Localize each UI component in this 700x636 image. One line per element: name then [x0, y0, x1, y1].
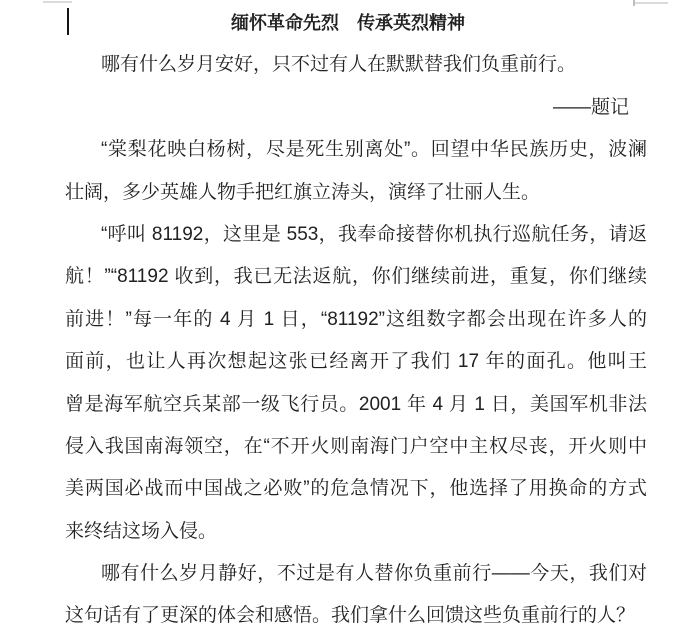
text-line: 侵入我国南海领空，在“不开火则南海门户空中主权尽丧，开火则中	[65, 426, 647, 468]
text-line: 壮阔，多少英雄人物手把红旗立涛头，演绎了壮丽人生。	[65, 172, 647, 214]
text-line: “棠梨花映白杨树，尽是死生别离处”。回望中华民族历史，波澜	[65, 129, 647, 171]
text-line: 面前，也让人再次想起这张已经离开了我们 17 年的面孔。他叫王伟，	[65, 341, 647, 383]
text-line: 航！”“81192 收到，我已无法返航，你们继续前进，重复，你们继续	[65, 256, 647, 298]
document-page: 缅怀革命先烈 传承英烈精神哪有什么岁月安好，只不过有人在默默替我们负重前行。——…	[0, 0, 700, 636]
text-line: 来终结这场入侵。	[65, 511, 647, 553]
text-line: 前进！”每一年的 4 月 1 日，“81192”这组数字都会出现在许多人的	[65, 299, 647, 341]
text-line: 美两国必战而中国战之必败”的危急情况下，他选择了用换命的方式	[65, 468, 647, 510]
text-line: 这句话有了更深的体会和感悟。我们拿什么回馈这些负重前行的人？	[65, 595, 647, 636]
document-edit-area[interactable]: 缅怀革命先烈 传承英烈精神哪有什么岁月安好，只不过有人在默默替我们负重前行。——…	[65, 2, 647, 636]
text-line: “呼叫 81192，这里是 553，我奉命接替你机执行巡航任务，请返	[65, 214, 647, 256]
text-line: 哪有什么岁月安好，只不过有人在默默替我们负重前行。	[65, 44, 647, 86]
text-line: ——题记	[65, 87, 647, 129]
text-line: 哪有什么岁月静好，不过是有人替你负重前行——今天，我们对	[65, 553, 647, 595]
text-line: 曾是海军航空兵某部一级飞行员。2001 年 4 月 1 日，美国军机非法	[65, 384, 647, 426]
document-title-line: 缅怀革命先烈 传承英烈精神	[65, 2, 647, 44]
